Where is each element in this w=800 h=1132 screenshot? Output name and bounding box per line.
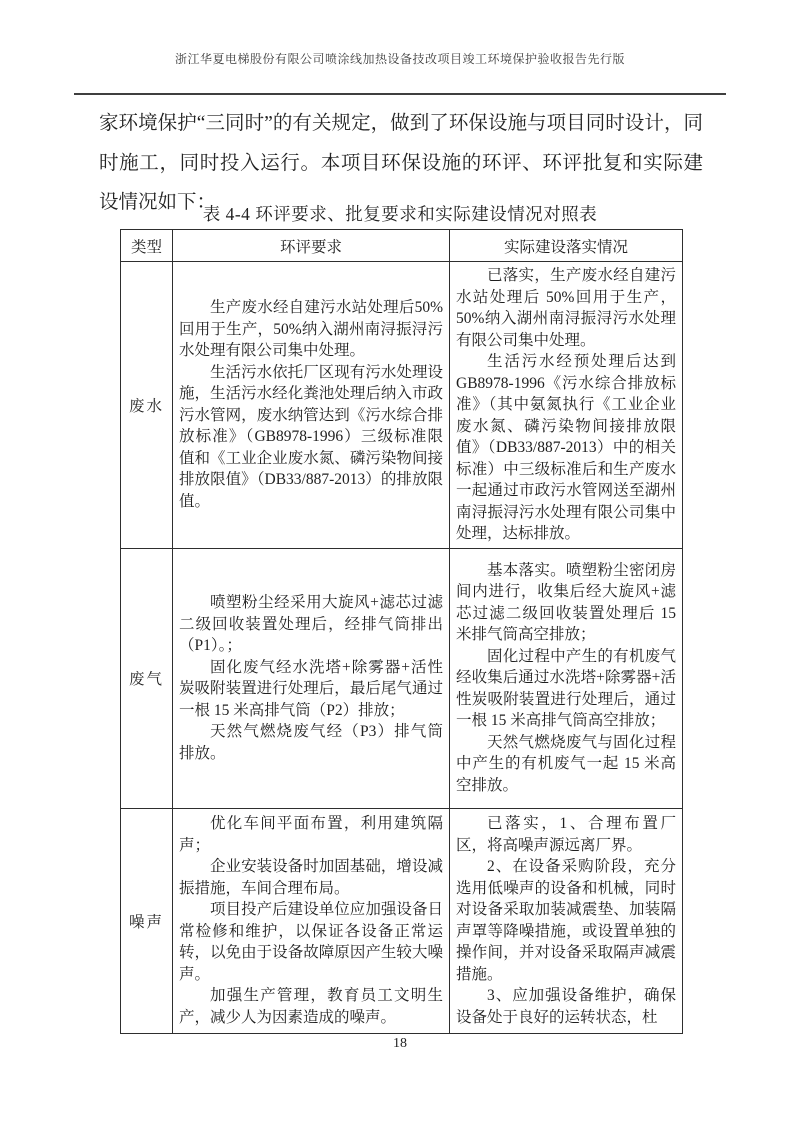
cell-paragraph: 优化车间平面布置，利用建筑隔声；	[179, 813, 443, 856]
cell-paragraph: 项目投产后建设单位应加强设备日常检修和维护，以保证各设备正常运转，以免由于设备故…	[179, 899, 443, 985]
table-row-noise: 噪声 优化车间平面布置，利用建筑隔声；企业安装设备时加固基础，增设减振措施，车间…	[121, 808, 683, 1033]
cell-paragraph: 已落实，1、合理布置厂区，将高噪声源远离厂界。	[456, 813, 676, 856]
table-caption: 表 4-4 环评要求、批复要求和实际建设情况对照表	[0, 201, 800, 226]
waste-gas-actual-cell: 基本落实。喷塑粉尘密闭房间内进行，收集后经大旋风+滤芯过滤二级回收装置处理后 1…	[450, 548, 683, 808]
wastewater-actual-cell: 已落实，生产废水经自建污水站处理后 50%回用于生产，50%纳入湖州南浔振浔污水…	[450, 262, 683, 549]
cell-paragraph: 生产废水经自建污水站处理后50%回用于生产，50%纳入湖州南浔振浔污水处理有限公…	[179, 297, 443, 362]
comparison-table: 类型 环评要求 实际建设落实情况 废水 生产废水经自建污水站处理后50%回用于生…	[120, 229, 683, 1034]
cell-paragraph: 企业安装设备时加固基础，增设减振措施，车间合理布局。	[179, 856, 443, 899]
page-number: 18	[0, 1036, 800, 1052]
cell-paragraph: 喷塑粉尘经采用大旋风+滤芯过滤二级回收装置处理后，经排气筒排出（P1）。；	[179, 592, 443, 657]
header-cell-eia-requirements: 环评要求	[173, 230, 450, 262]
cell-paragraph: 生活污水依托厂区现有污水处理设施，生活污水经化粪池处理后纳入市政污水管网，废水纳…	[179, 362, 443, 513]
row-label-waste-gas: 废气	[121, 548, 173, 808]
cell-paragraph: 已落实，生产废水经自建污水站处理后 50%回用于生产，50%纳入湖州南浔振浔污水…	[456, 265, 676, 351]
header-cell-actual-implementation: 实际建设落实情况	[450, 230, 683, 262]
cell-paragraph: 生活污水经预处理后达到GB8978-1996《污水综合排放标准》（其中氨氮执行《…	[456, 351, 676, 545]
noise-actual-cell: 已落实，1、合理布置厂区，将高噪声源远离厂界。2、在设备采购阶段，充分选用低噪声…	[450, 808, 683, 1033]
page-header-title: 浙江华夏电梯股份有限公司喷涂线加热设备技改项目竣工环境保护验收报告先行版	[80, 50, 720, 67]
cell-paragraph: 加强生产管理，教育员工文明生产，减少人为因素造成的噪声。	[179, 985, 443, 1028]
cell-paragraph: 天然气燃烧废气与固化过程中产生的有机废气一起 15 米高空排放。	[456, 732, 676, 797]
waste-gas-eia-cell: 喷塑粉尘经采用大旋风+滤芯过滤二级回收装置处理后，经排气筒排出（P1）。；固化废…	[173, 548, 450, 808]
row-label-wastewater: 废水	[121, 262, 173, 549]
document-page: 浙江华夏电梯股份有限公司喷涂线加热设备技改项目竣工环境保护验收报告先行版 家环境…	[0, 0, 800, 1132]
table-row-wastewater: 废水 生产废水经自建污水站处理后50%回用于生产，50%纳入湖州南浔振浔污水处理…	[121, 262, 683, 549]
noise-eia-cell: 优化车间平面布置，利用建筑隔声；企业安装设备时加固基础，增设减振措施，车间合理布…	[173, 808, 450, 1033]
header-rule	[74, 93, 726, 95]
cell-paragraph: 2、在设备采购阶段，充分选用低噪声的设备和机械，同时对设备采取加装减震垫、加装隔…	[456, 856, 676, 985]
cell-paragraph: 固化过程中产生的有机废气经收集后通过水洗塔+除雾器+活性炭吸附装置进行处理后，通…	[456, 646, 676, 732]
cell-paragraph: 基本落实。喷塑粉尘密闭房间内进行，收集后经大旋风+滤芯过滤二级回收装置处理后 1…	[456, 560, 676, 646]
wastewater-eia-cell: 生产废水经自建污水站处理后50%回用于生产，50%纳入湖州南浔振浔污水处理有限公…	[173, 262, 450, 549]
header-cell-type: 类型	[121, 230, 173, 262]
table-row-waste-gas: 废气 喷塑粉尘经采用大旋风+滤芯过滤二级回收装置处理后，经排气筒排出（P1）。；…	[121, 548, 683, 808]
cell-paragraph: 天然气燃烧废气经（P3）排气筒排放。	[179, 721, 443, 764]
row-label-noise: 噪声	[121, 808, 173, 1033]
table-header-row: 类型 环评要求 实际建设落实情况	[121, 230, 683, 262]
cell-paragraph: 3、应加强设备维护，确保设备处于良好的运转状态，杜	[456, 985, 676, 1028]
cell-paragraph: 固化废气经水洗塔+除雾器+活性炭吸附装置进行处理后，最后尾气通过一根 15 米高…	[179, 657, 443, 722]
